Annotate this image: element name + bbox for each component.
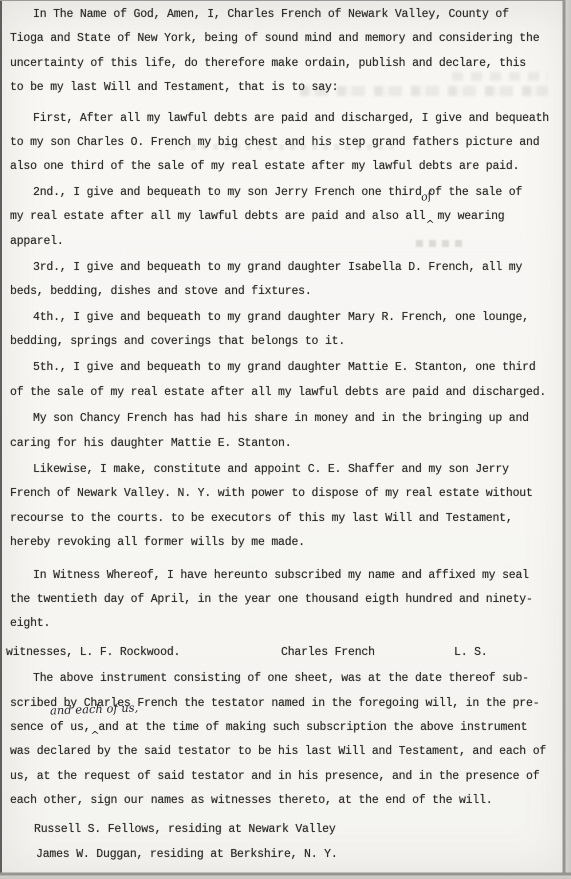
text-line: First, After all my lawful debts are pai… [10,107,558,131]
seal-abbreviation: L. S. [454,641,488,665]
line-text: In The Name of God, Amen, I, Charles Fre… [33,8,509,21]
caret-mark: ^ [90,731,99,741]
line-text: First, After all my lawful debts are pai… [33,112,549,125]
text-line: hereby revoking all former wills by me m… [10,531,558,555]
signature-row: witnesses, L. F. Rockwood.Charles French… [10,641,558,665]
text-line: Likewise, I make, constitute and appoint… [10,458,558,482]
text-line: to my son Charles O. French my big chest… [10,131,558,155]
text-line: apparel. [10,230,558,254]
line-text: 5th., I give and bequeath to my grand da… [33,361,536,374]
text-line: recourse to the courts. to be executors … [10,507,558,531]
text-line: us, at the request of said testator and … [10,765,558,789]
line-text: French of Newark Valley. N. Y. with powe… [10,487,533,500]
text-line: caring for his daughter Mattie E. Stanto… [10,432,558,456]
line-text: my wearing [437,210,504,223]
text-line: beds, bedding, dishes and stove and fixt… [10,280,558,304]
line-text: also one third of the sale of my real es… [10,160,519,173]
testator-signature: Charles French [281,641,375,665]
text-line: Russell S. Fellows, residing at Newark V… [10,818,558,842]
line-text: the twentieth day of April, in the year … [10,593,533,606]
text-line: 3rd., I give and bequeath to my grand da… [10,256,558,280]
line-text: 3rd., I give and bequeath to my grand da… [33,261,522,274]
line-text: The above instrument consisting of one s… [33,672,529,685]
text-line: bedding, springs and coverings that belo… [10,330,558,354]
line-text: My son Chancy French has had his share i… [33,412,529,425]
text-line: the twentieth day of April, in the year … [10,588,558,612]
text-line: 5th., I give and bequeath to my grand da… [10,356,558,380]
line-text: bedding, springs and coverings that belo… [10,335,345,348]
caret-mark: ^ [425,220,434,230]
text-line: also one third of the sale of my real es… [10,155,558,179]
line-text: James W. Duggan, residing at Berkshire, … [36,848,338,861]
line-text: caring for his daughter Mattie E. Stanto… [10,437,291,450]
line-text: Likewise, I make, constitute and appoint… [33,463,509,476]
text-line: My son Chancy French has had his share i… [10,407,558,431]
line-text: eight. [10,617,50,630]
text-line: my real estate after all my lawful debts… [10,205,558,229]
text-line: James W. Duggan, residing at Berkshire, … [10,843,558,867]
line-text: apparel. [10,235,64,248]
line-text: my real estate after all my lawful debts… [10,210,425,223]
text-line: eight. [10,612,558,636]
text-line: was declared by the said testator to be … [10,740,558,764]
scanned-will-page: In The Name of God, Amen, I, Charles Fre… [0,0,571,879]
text-line: each other, sign our names as witnesses … [10,789,558,813]
line-text: uncertainty of this life, do therefore m… [10,57,526,70]
will-text: In The Name of God, Amen, I, Charles Fre… [10,3,558,867]
line-text: us, at the request of said testator and … [10,770,539,783]
text-line: uncertainty of this life, do therefore m… [10,52,558,76]
text-line: to be my last Will and Testament, that i… [10,76,558,100]
line-text: In Witness Whereof, I have hereunto subs… [33,569,529,582]
text-line: 2nd., I give and bequeath to my son Jerr… [10,181,558,205]
text-line: 4th., I give and bequeath to my grand da… [10,306,558,330]
line-text: to be my last Will and Testament, that i… [10,81,338,94]
line-text: of the sale of my real estate after all … [10,386,546,399]
handwritten-insertion: and each of us, [50,695,139,722]
line-text: 4th., I give and bequeath to my grand da… [33,311,529,324]
line-text: hereby revoking all former wills by me m… [10,536,305,549]
witnesses-label: witnesses, L. F. Rockwood. [6,641,180,665]
line-text: recourse to the courts. to be executors … [10,512,513,525]
text-line: Tioga and State of New York, being of so… [10,27,558,51]
line-text: was declared by the said testator to be … [10,745,546,758]
line-text: each other, sign our names as witnesses … [10,794,492,807]
scan-edge-top [0,0,571,1]
text-line: In The Name of God, Amen, I, Charles Fre… [10,3,558,27]
scan-edge-bottom [0,872,571,879]
text-line: sence of us,and each of us,^and at the t… [10,716,558,740]
text-line: French of Newark Valley. N. Y. with powe… [10,482,558,506]
line-text: 2nd., I give and bequeath to my son Jerr… [33,186,522,199]
text-line: The above instrument consisting of one s… [10,667,558,691]
line-text: to my son Charles O. French my big chest… [10,136,539,149]
line-text: Tioga and State of New York, being of so… [10,32,539,45]
text-line: In Witness Whereof, I have hereunto subs… [10,564,558,588]
scan-edge-right [562,0,571,879]
line-text: beds, bedding, dishes and stove and fixt… [10,285,312,298]
text-line: of the sale of my real estate after all … [10,381,558,405]
line-text: and at the time of making such subscript… [98,721,527,734]
line-text: Russell S. Fellows, residing at Newark V… [34,823,336,836]
scan-edge-left [0,0,2,879]
